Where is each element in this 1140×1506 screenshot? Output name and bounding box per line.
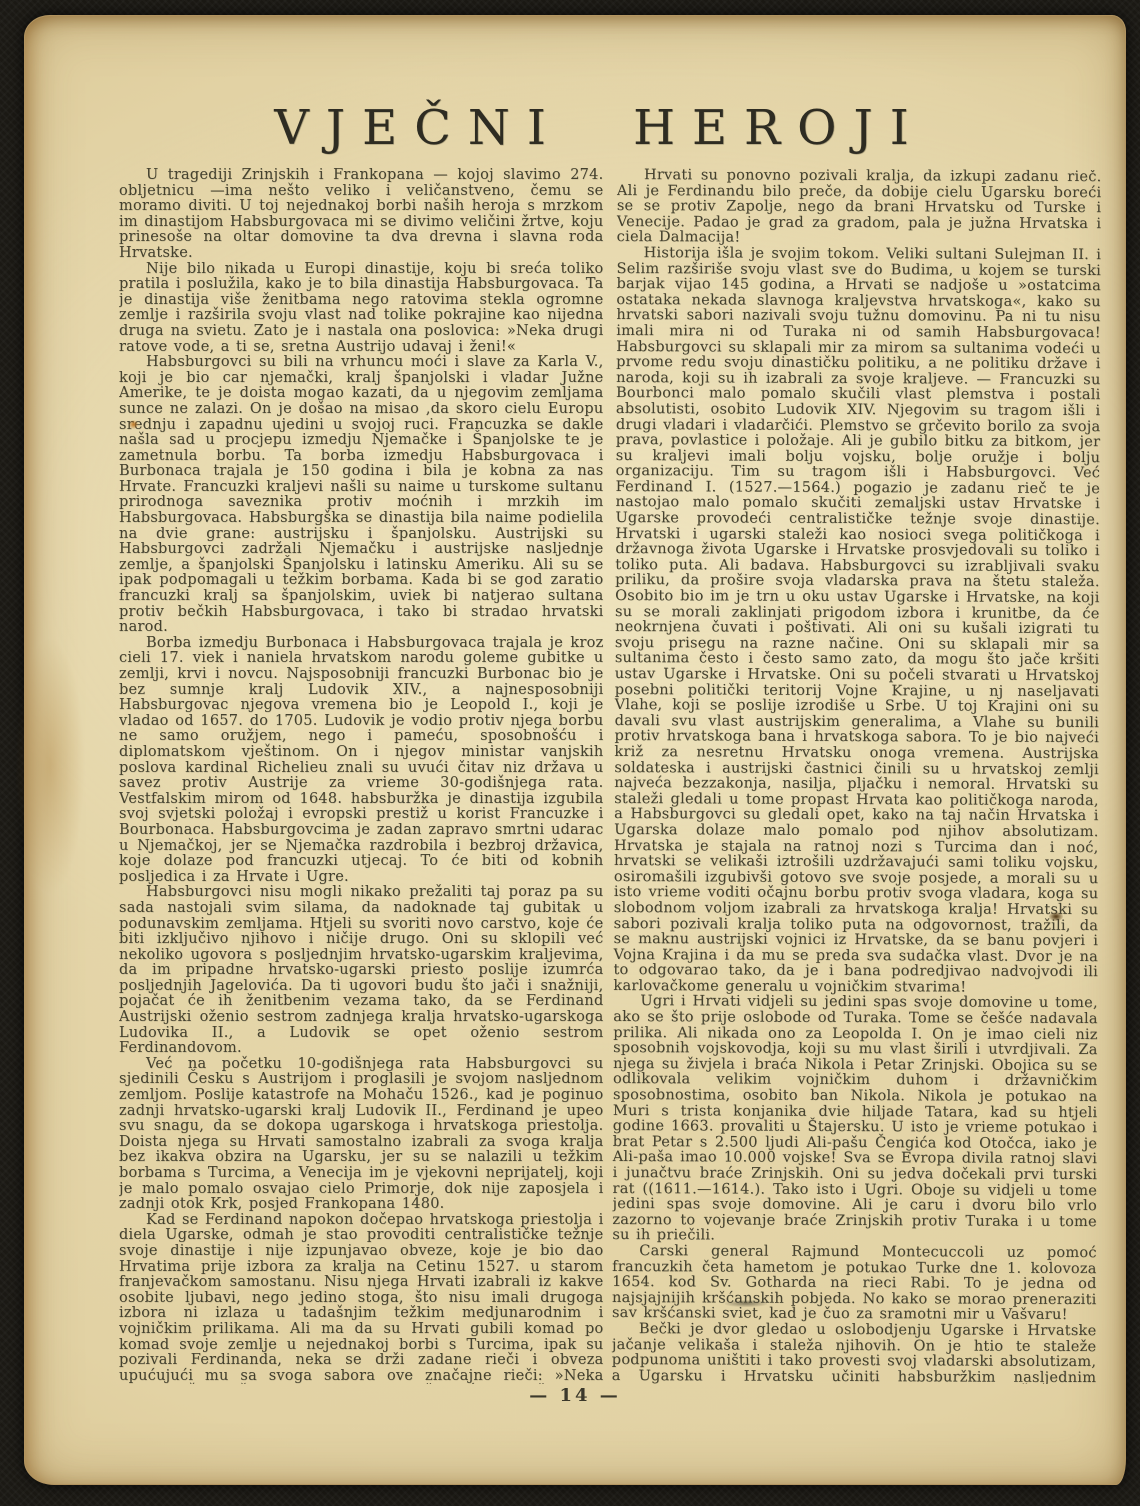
paragraph: Historija išla je svojim tokom. Veliki s… xyxy=(613,246,1101,997)
page-number: — 14 — xyxy=(25,1385,1125,1406)
paragraph: Hrvati su ponovno pozivali kralja, da iz… xyxy=(616,168,1101,248)
paragraph: Bečki je dvor gledao u oslobodjenju Ugar… xyxy=(611,1322,1096,1384)
left-column: U tragediji Zrinjskih i Frankopana — koj… xyxy=(119,168,604,1384)
paragraph: U tragediji Zrinjskih i Frankopana — koj… xyxy=(119,168,604,262)
page-title: VJEČNI HEROJI xyxy=(85,100,1115,156)
article-body: U tragediji Zrinjskih i Frankopana — koj… xyxy=(119,168,1101,1384)
paragraph: Ugri i Hrvati vidjeli su jedini spas svo… xyxy=(612,994,1098,1246)
paragraph: Kad se Ferdinand napokon dočepao hrvatsk… xyxy=(119,1213,604,1384)
ink-speck xyxy=(1049,912,1063,921)
ink-speck xyxy=(129,420,138,429)
paragraph: Habsburgovci nisu mogli nikako prežaliti… xyxy=(119,885,604,1057)
ink-smudge xyxy=(725,1300,767,1307)
right-column: Hrvati su ponovno pozivali kralja, da iz… xyxy=(611,168,1101,1384)
paragraph: Nije bilo nikada u Europi dinastije, koj… xyxy=(119,262,604,356)
paragraph: Habsburgovci su bili na vrhuncu moći i s… xyxy=(119,355,604,636)
paragraph: Već na početku 10-godišnjega rata Habsbu… xyxy=(119,1057,604,1213)
document-page: VJEČNI HEROJI U tragediji Zrinjskih i Fr… xyxy=(24,15,1126,1485)
scan-background: VJEČNI HEROJI U tragediji Zrinjskih i Fr… xyxy=(0,0,1140,1506)
paragraph: Carski general Rajmund Montecuccoli uz p… xyxy=(611,1244,1096,1324)
paper-stain xyxy=(15,636,85,896)
paragraph: Borba izmedju Burbonaca i Habsburgovaca … xyxy=(119,636,604,886)
